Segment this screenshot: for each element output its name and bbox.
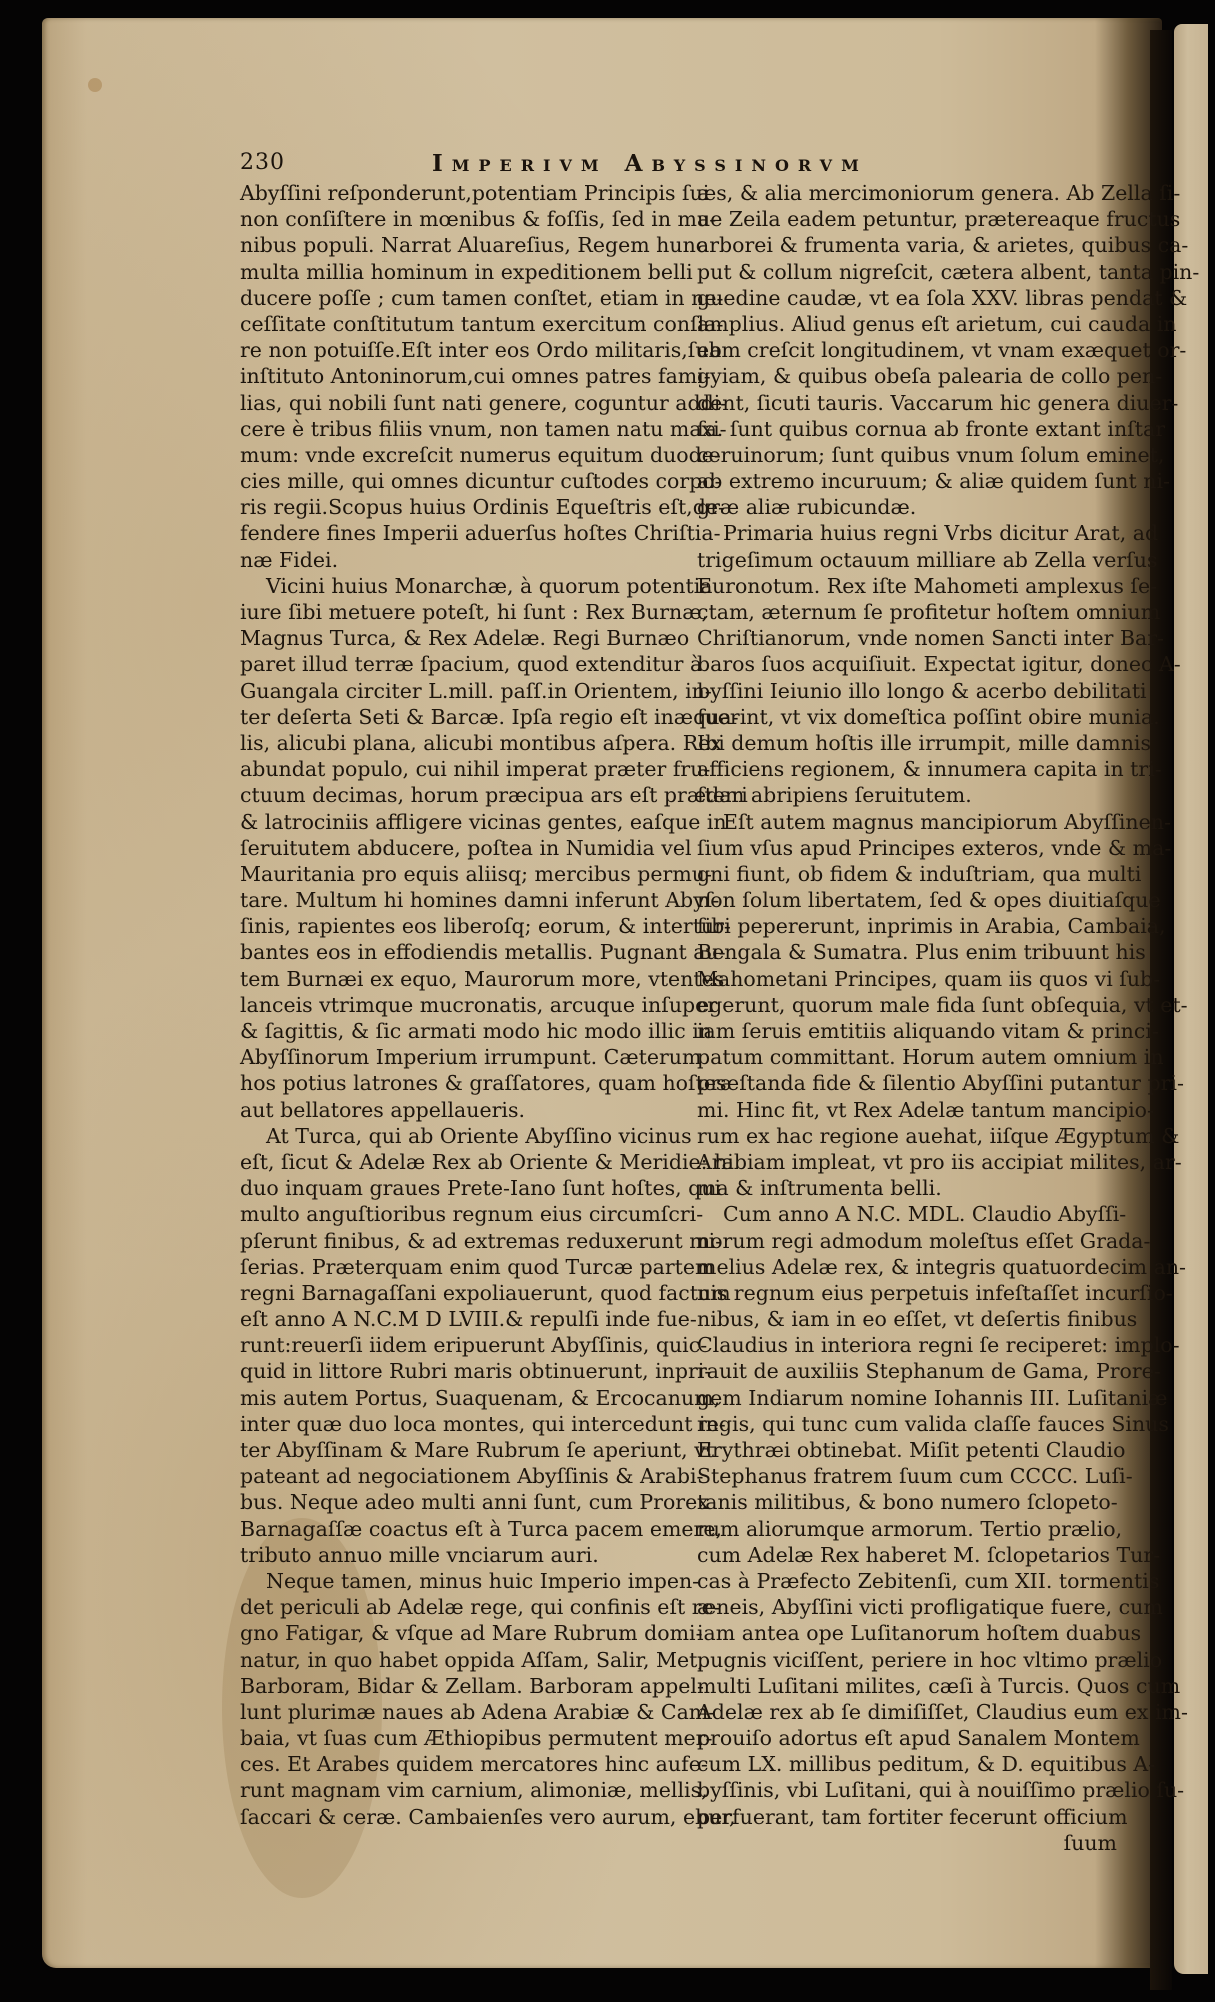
text-line: cum LX. millibus peditum, & D. equitibus… bbox=[697, 1751, 1117, 1777]
text-line: æs, & alia mercimoniorum genera. Ab Zell… bbox=[697, 180, 1117, 206]
text-line: non ſolum libertatem, ſed & opes diuitia… bbox=[697, 887, 1117, 913]
text-line: & ſagittis, & ſic armati modo hic modo i… bbox=[240, 1018, 688, 1044]
text-line: Eſt autem magnus mancipiorum Abyſſinen- bbox=[697, 809, 1117, 835]
text-line: Claudius in interiora regni ſe reciperet… bbox=[697, 1332, 1117, 1358]
text-line: regis, qui tunc cum valida claſſe fauces… bbox=[697, 1411, 1117, 1437]
running-title: Imperivm Abyssinorvm bbox=[432, 150, 868, 177]
text-line: paret illud terræ ſpacium, quod extendit… bbox=[240, 651, 688, 677]
text-line: nibus populi. Narrat Aluareſius, Regem h… bbox=[240, 232, 688, 258]
text-line: nibus, & iam in eo eſſet, vt deſertis fi… bbox=[697, 1306, 1117, 1332]
text-line: ma & inſtrumenta belli. bbox=[697, 1175, 1117, 1201]
text-line: iam ſeruis emtitiis aliquando vitam & pr… bbox=[697, 1018, 1117, 1044]
text-line: multo anguſtioribus regnum eius circumſc… bbox=[240, 1201, 688, 1227]
text-line: Abyſſini reſponderunt,potentiam Principi… bbox=[240, 180, 688, 206]
text-line: bus. Neque adeo multi anni ſunt, cum Pro… bbox=[240, 1489, 688, 1515]
text-line: bantes eos in effodiendis metallis. Pugn… bbox=[240, 939, 688, 965]
text-line: fendere fines Imperii aduerſus hoſtes Ch… bbox=[240, 520, 688, 546]
text-line: ces. Et Arabes quidem mercatores hinc au… bbox=[240, 1751, 688, 1777]
text-line: abundat populo, cui nihil imperat præter… bbox=[240, 756, 688, 782]
text-line: ſerias. Præterquam enim quod Turcæ parte… bbox=[240, 1254, 688, 1280]
text-line: perfuerant, tam fortiter fecerunt offici… bbox=[697, 1804, 1117, 1830]
text-line: rauit de auxiliis Stephanum de Gama, Pro… bbox=[697, 1358, 1117, 1384]
text-line: natur, in quo habet oppida Aſſam, Salir,… bbox=[240, 1647, 688, 1673]
text-line: byſſini Ieiunio illo longo & acerbo debi… bbox=[697, 678, 1117, 704]
text-line: tem Burnæi ex equo, Maurorum more, vtent… bbox=[240, 966, 688, 992]
text-line: ſibi pepererunt, inprimis in Arabia, Cam… bbox=[697, 913, 1117, 939]
text-line: Adelæ rex ab ſe dimiſiſſet, Claudius eum… bbox=[697, 1699, 1117, 1725]
text-column-right: æs, & alia mercimoniorum genera. Ab Zell… bbox=[697, 180, 1117, 1856]
text-line: mis autem Portus, Suaquenam, & Ercocanum… bbox=[240, 1385, 688, 1411]
text-line: egerunt, quorum male fida ſunt obſequia,… bbox=[697, 992, 1117, 1018]
text-line: baros ſuos acquiſiuit. Expectat igitur, … bbox=[697, 651, 1117, 677]
text-line: arborei & frumenta varia, & arietes, qui… bbox=[697, 232, 1117, 258]
text-line: ſium vſus apud Principes exteros, vnde &… bbox=[697, 835, 1117, 861]
text-line: cere è tribus filiis vnum, non tamen nat… bbox=[240, 416, 688, 442]
text-line: græ aliæ rubicundæ. bbox=[697, 494, 1117, 520]
text-line: Vicini huius Monarchæ, à quorum potentia bbox=[240, 573, 688, 599]
text-line: iam antea ope Luſitanorum hoſtem duabus bbox=[697, 1620, 1117, 1646]
text-line: Erythræi obtinebat. Miſit petenti Claudi… bbox=[697, 1437, 1117, 1463]
text-line: næ Fidei. bbox=[240, 547, 688, 573]
text-line: lis, alicubi plana, alicubi montibus aſp… bbox=[240, 730, 688, 756]
text-line: Guangala circiter L.mill. paſſ.in Orient… bbox=[240, 678, 688, 704]
text-line: iure ſibi metuere poteſt, hi ſunt : Rex … bbox=[240, 599, 688, 625]
text-line: ter Abyſſinam & Mare Rubrum ſe aperiunt,… bbox=[240, 1437, 688, 1463]
text-line: ris regii.Scopus huius Ordinis Equeſtris… bbox=[240, 494, 688, 520]
text-line: ctuum decimas, horum præcipua ars eſt pr… bbox=[240, 782, 688, 808]
text-line: gyiam, & quibus obeſa palearia de collo … bbox=[697, 363, 1117, 389]
text-line: gem Indiarum nomine Iohannis III. Luſita… bbox=[697, 1385, 1117, 1411]
text-line: det periculi ab Adelæ rege, qui confinis… bbox=[240, 1594, 688, 1620]
text-line: Mauritania pro equis aliisq; mercibus pe… bbox=[240, 861, 688, 887]
text-line: Euronotum. Rex iſte Mahometi amplexus ſe… bbox=[697, 573, 1117, 599]
text-line: runt magnam vim carnium, alimoniæ, melli… bbox=[240, 1777, 688, 1803]
text-line: ſtem abripiens ſeruitutem. bbox=[697, 782, 1117, 808]
text-line: eſt, ſicut & Adelæ Rex ab Oriente & Meri… bbox=[240, 1149, 688, 1175]
text-line: Bengala & Sumatra. Plus enim tribuunt hi… bbox=[697, 939, 1117, 965]
page-stain bbox=[88, 78, 102, 92]
text-line: ter deſerta Seti & Barcæ. Ipſa regio eſt… bbox=[240, 704, 688, 730]
text-line: multa millia hominum in expeditionem bel… bbox=[240, 259, 688, 285]
text-line: lias, qui nobili ſunt nati genere, cogun… bbox=[240, 390, 688, 416]
text-line: baia, vt ſuas cum Æthiopibus permutent m… bbox=[240, 1725, 688, 1751]
text-line: ſa. ſunt quibus cornua ab fronte extant … bbox=[697, 416, 1117, 442]
text-line: lanceis vtrimque mucronatis, arcuque inſ… bbox=[240, 992, 688, 1018]
text-line: Primaria huius regni Vrbs dicitur Arat, … bbox=[697, 520, 1117, 546]
text-line: gno Fatigar, & vſque ad Mare Rubrum domi… bbox=[240, 1620, 688, 1646]
text-line: tanis militibus, & bono numero ſclopeto- bbox=[697, 1489, 1117, 1515]
text-line: Abyſſinorum Imperium irrumpunt. Cæterum bbox=[240, 1044, 688, 1070]
text-line: trigeſimum octauum milliare ab Zella ver… bbox=[697, 547, 1117, 573]
text-line: tributo annuo mille vnciarum auri. bbox=[240, 1542, 688, 1568]
text-line: rum ex hac regione auehat, iiſque Ægyptu… bbox=[697, 1123, 1117, 1149]
text-line: melius Adelæ rex, & integris quatuordeci… bbox=[697, 1254, 1117, 1280]
text-line: non conſiſtere in mœnibus & foſſis, ſed … bbox=[240, 206, 688, 232]
text-line: cies mille, qui omnes dicuntur cuſtodes … bbox=[240, 468, 688, 494]
text-line: eſt anno A N.C.M D LVIII.& repulſi inde … bbox=[240, 1306, 688, 1332]
text-line: prouiſo adortus eſt apud Sanalem Montem bbox=[697, 1725, 1117, 1751]
text-line: ſinis, rapientes eos liberoſq; eorum, & … bbox=[240, 913, 688, 939]
text-line: inſtituto Antoninorum,cui omnes patres f… bbox=[240, 363, 688, 389]
text-line: lunt plurimæ naues ab Adena Arabiæ & Cam… bbox=[240, 1699, 688, 1725]
text-line: eam creſcit longitudinem, vt vnam exæque… bbox=[697, 337, 1117, 363]
text-line: runt:reuerſi iidem eripuerunt Abyſſinis,… bbox=[240, 1332, 688, 1358]
text-line: dent, ſicuti tauris. Vaccarum hic genera… bbox=[697, 390, 1117, 416]
text-line: Chriſtianorum, vnde nomen Sancti inter B… bbox=[697, 625, 1117, 651]
text-line: præſtanda fide & ſilentio Abyſſini putan… bbox=[697, 1070, 1117, 1096]
text-line: guedine caudæ, vt ea ſola XXV. libras pe… bbox=[697, 285, 1117, 311]
text-line: duo inquam graues Prete-Iano ſunt hoſtes… bbox=[240, 1175, 688, 1201]
text-line: ceſſitate conſtitutum tantum exercitum c… bbox=[240, 311, 688, 337]
text-line: norum regi admodum moleſtus eſſet Grada- bbox=[697, 1228, 1117, 1254]
text-line: regni Barnagaſſani expoliauerunt, quod f… bbox=[240, 1280, 688, 1306]
text-line: fuerint, vt vix domeſtica poſſint obire … bbox=[697, 704, 1117, 730]
text-line: amplius. Aliud genus eſt arietum, cui ca… bbox=[697, 311, 1117, 337]
text-line: patum committant. Horum autem omnium in bbox=[697, 1044, 1117, 1070]
text-line: Neque tamen, minus huic Imperio impen- bbox=[240, 1568, 688, 1594]
text-line: ceruinorum; ſunt quibus vnum ſolum emine… bbox=[697, 442, 1117, 468]
text-line: afficiens regionem, & innumera capita in… bbox=[697, 756, 1117, 782]
text-line: re non potuiſſe.Eſt inter eos Ordo milit… bbox=[240, 337, 688, 363]
text-line: ab extremo incuruum; & aliæ quidem ſunt … bbox=[697, 468, 1117, 494]
text-line: quid in littore Rubri maris obtinuerunt,… bbox=[240, 1358, 688, 1384]
text-line: rum aliorumque armorum. Tertio prælio, bbox=[697, 1516, 1117, 1542]
text-line: ctam, æternum ſe profitetur hoſtem omniu… bbox=[697, 599, 1117, 625]
text-line: cum Adelæ Rex haberet M. ſclopetarios Tu… bbox=[697, 1542, 1117, 1568]
text-line: inter quæ duo loca montes, qui intercedu… bbox=[240, 1411, 688, 1437]
text-line: nis regnum eius perpetuis infeſtaſſet in… bbox=[697, 1280, 1117, 1306]
text-line: & latrociniis affligere vicinas gentes, … bbox=[240, 809, 688, 835]
text-line: Barnagaſſæ coactus eſt à Turca pacem eme… bbox=[240, 1516, 688, 1542]
text-line: Arabiam impleat, vt pro iis accipiat mil… bbox=[697, 1149, 1117, 1175]
text-line: mum: vnde excreſcit numerus equitum duod… bbox=[240, 442, 688, 468]
text-line: byſſinis, vbi Luſitani, qui à nouiſſimo … bbox=[697, 1777, 1117, 1803]
text-line: ue Zeila eadem petuntur, prætereaque fru… bbox=[697, 206, 1117, 232]
page-number: 230 bbox=[240, 150, 285, 175]
text-line: At Turca, qui ab Oriente Abyſſino vicinu… bbox=[240, 1123, 688, 1149]
text-line: mi. Hinc fit, vt Rex Adelæ tantum mancip… bbox=[697, 1097, 1117, 1123]
text-line: ſeruitutem abducere, poſtea in Numidia v… bbox=[240, 835, 688, 861]
text-line: Ibi demum hoſtis ille irrumpit, mille da… bbox=[697, 730, 1117, 756]
text-line: pateant ad negociationem Abyſſinis & Ara… bbox=[240, 1463, 688, 1489]
text-line: aut bellatores appellaueris. bbox=[240, 1097, 688, 1123]
text-line: ducere poſſe ; cum tamen conſtet, etiam … bbox=[240, 285, 688, 311]
text-line: Stephanus fratrem ſuum cum CCCC. Luſi- bbox=[697, 1463, 1117, 1489]
text-line: æneis, Abyſſini victi profligatique fuer… bbox=[697, 1594, 1117, 1620]
text-line: hos potius latrones & graſſatores, quam … bbox=[240, 1070, 688, 1096]
text-line: Magnus Turca, & Rex Adelæ. Regi Burnæo bbox=[240, 625, 688, 651]
text-line: pſerunt finibus, & ad extremas reduxerun… bbox=[240, 1228, 688, 1254]
text-line: Barboram, Bidar & Zellam. Barboram appel… bbox=[240, 1673, 688, 1699]
text-line: pugnis viciſſent, periere in hoc vltimo … bbox=[697, 1647, 1117, 1673]
text-line: gni fiunt, ob fidem & induſtriam, qua mu… bbox=[697, 861, 1117, 887]
text-line: Mahometani Principes, quam iis quos vi ſ… bbox=[697, 966, 1117, 992]
catchword: ſuum bbox=[697, 1830, 1117, 1856]
text-line: tare. Multum hi homines damni inferunt A… bbox=[240, 887, 688, 913]
text-line: cas à Præfecto Zebitenſi, cum XII. torme… bbox=[697, 1568, 1117, 1594]
text-line: Cum anno A N.C. MDL. Claudio Abyſſi- bbox=[697, 1201, 1117, 1227]
text-line: put & collum nigreſcit, cætera albent, t… bbox=[697, 259, 1117, 285]
text-line: multi Luſitani milites, cæſi à Turcis. Q… bbox=[697, 1673, 1117, 1699]
text-line: ſaccari & ceræ. Cambaienſes vero aurum, … bbox=[240, 1804, 688, 1830]
text-column-left: Abyſſini reſponderunt,potentiam Principi… bbox=[240, 180, 688, 1830]
page-header: 230 Imperivm Abyssinorvm bbox=[240, 150, 1120, 178]
